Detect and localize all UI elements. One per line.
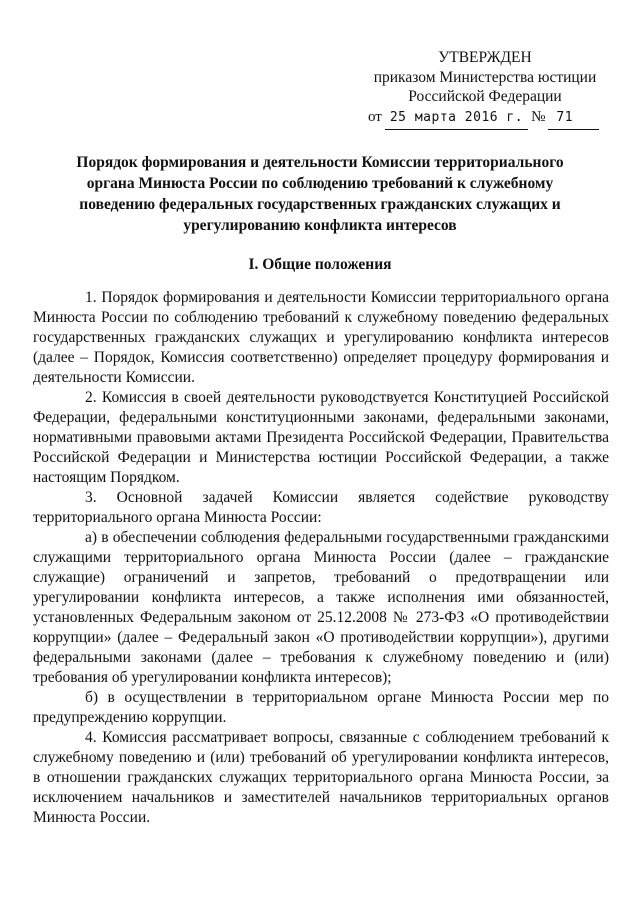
order-number-sign: № bbox=[531, 108, 545, 128]
paragraph-3: 3. Основной задачей Комиссии является со… bbox=[33, 488, 609, 528]
document-page: УТВЕРЖДЕН приказом Министерства юстиции … bbox=[0, 0, 640, 905]
paragraph-2: 2. Комиссия в своей деятельности руковод… bbox=[33, 388, 609, 488]
approval-block: УТВЕРЖДЕН приказом Министерства юстиции … bbox=[368, 48, 602, 130]
approval-line-federation: Российской Федерации bbox=[368, 87, 602, 107]
paragraph-3b: б) в осуществлении в территориальном орг… bbox=[33, 688, 609, 728]
order-date-field: 25 марта 2016 г. bbox=[385, 108, 528, 131]
paragraph-4: 4. Комиссия рассматривает вопросы, связа… bbox=[33, 728, 609, 828]
order-date-prefix: от bbox=[368, 108, 382, 128]
paragraph-3a: а) в обеспечении соблюдения федеральными… bbox=[33, 528, 609, 688]
approval-line-order: приказом Министерства юстиции bbox=[368, 68, 602, 88]
order-number-field: 71 bbox=[548, 108, 599, 131]
approval-line-approved: УТВЕРЖДЕН bbox=[368, 48, 602, 68]
order-date-line: от 25 марта 2016 г. № 71 bbox=[368, 108, 602, 131]
section-heading-general-provisions: I. Общие положения bbox=[0, 254, 640, 275]
document-body: 1. Порядок формирования и деятельности К… bbox=[33, 288, 609, 828]
document-title: Порядок формирования и деятельности Коми… bbox=[66, 152, 574, 236]
paragraph-1: 1. Порядок формирования и деятельности К… bbox=[33, 288, 609, 388]
